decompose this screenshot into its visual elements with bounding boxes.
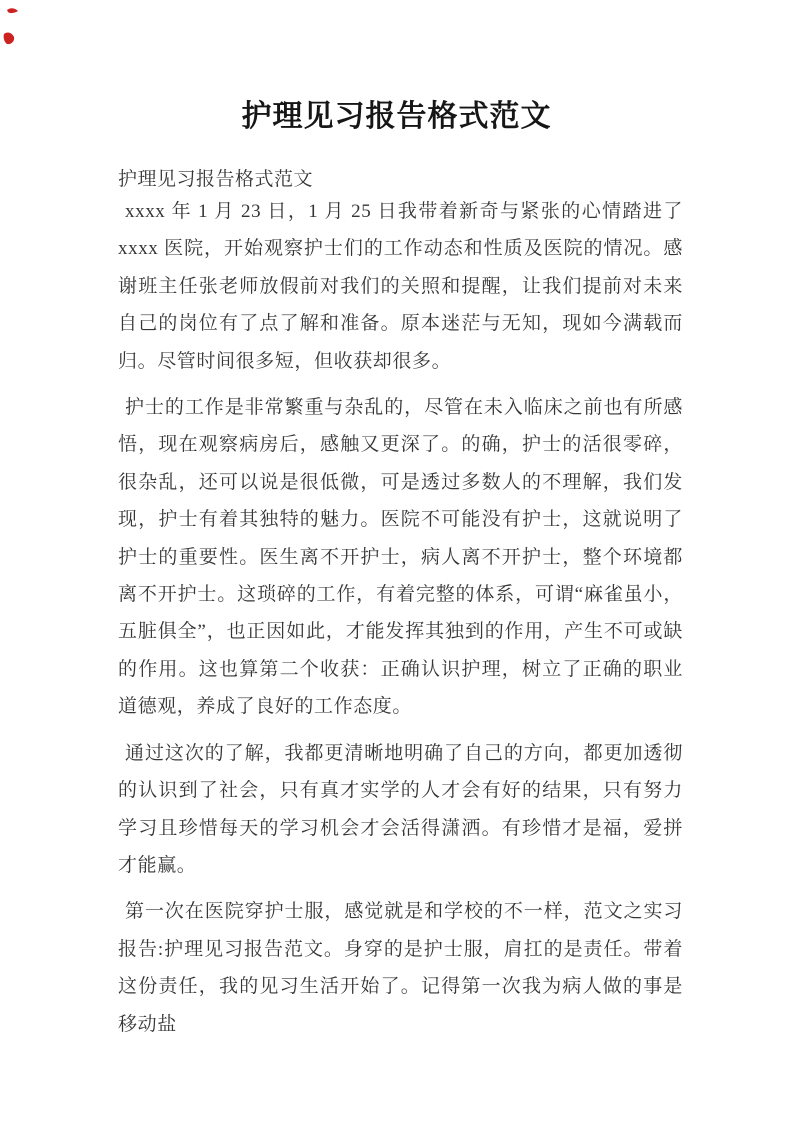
paragraph-3: 通过这次的了解，我都更清晰地明确了自己的方向，都更加透彻的认识到了社会，只有真才… xyxy=(118,735,683,885)
red-scribble-icon xyxy=(2,4,26,50)
document-subtitle: 护理见习报告格式范文 xyxy=(118,167,683,193)
paragraph-2: 护士的工作是非常繁重与杂乱的，尽管在未入临床之前也有所感悟，现在观察病房后，感触… xyxy=(118,389,683,726)
document-body: 护理见习报告格式范文 xxxx 年 1 月 23 日，1 月 25 日我带着新奇… xyxy=(118,167,683,1043)
paragraph-4: 第一次在医院穿护士服，感觉就是和学校的不一样，范文之实习报告:护理见习报告范文。… xyxy=(118,893,683,1043)
page-title: 护理见习报告格式范文 xyxy=(0,97,793,136)
document-page: 护理见习报告格式范文 护理见习报告格式范文 xxxx 年 1 月 23 日，1 … xyxy=(0,0,793,1122)
paragraph-1: xxxx 年 1 月 23 日，1 月 25 日我带着新奇与紧张的心情踏进了 x… xyxy=(118,193,683,380)
